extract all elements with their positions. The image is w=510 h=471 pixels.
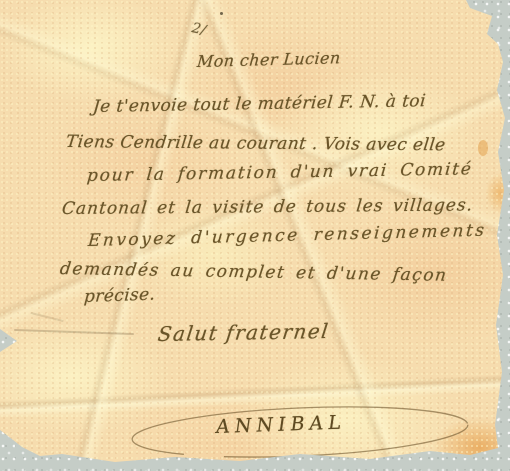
body-line-5: Envoyez d'urgence renseignements bbox=[87, 221, 487, 251]
edge-stain bbox=[478, 140, 488, 156]
letter-paper: 2/ Mon cher Lucien Je t'envoie tout le m… bbox=[0, 0, 510, 471]
ink-speck bbox=[220, 12, 223, 15]
tear-crease-mark bbox=[14, 329, 134, 335]
closing-salute: Salut fraternel bbox=[157, 319, 331, 346]
body-line-2: Tiens Cendrille au courant . Vois avec e… bbox=[65, 132, 447, 155]
body-line-4: Cantonal et la visite de tous les villag… bbox=[61, 195, 474, 219]
crease-mark bbox=[30, 312, 63, 322]
scanner-background: 2/ Mon cher Lucien Je t'envoie tout le m… bbox=[0, 0, 510, 471]
body-line-7: précise. bbox=[83, 284, 156, 307]
signature: ANNIBAL bbox=[214, 411, 347, 438]
page-mark: 2/ bbox=[190, 20, 207, 39]
salutation: Mon cher Lucien bbox=[196, 48, 341, 71]
body-line-3: pour la formation d'un vrai Comité bbox=[86, 159, 473, 186]
body-line-6: demandés au complet et d'une façon bbox=[59, 259, 449, 286]
body-line-1: Je t'envoie tout le matériel F. N. à toi bbox=[92, 91, 427, 117]
